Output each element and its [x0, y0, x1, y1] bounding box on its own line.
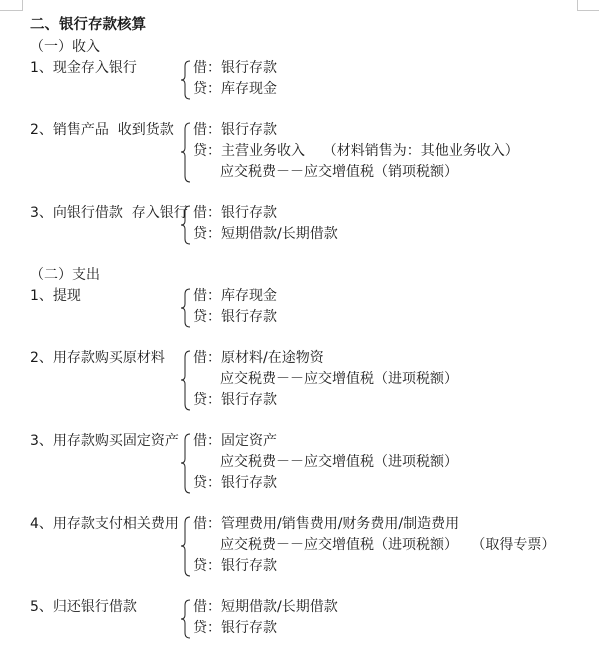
debit-entry: 借：管理费用/销售费用/财务费用/制造费用 — [193, 514, 459, 535]
debit-entry-continued: 应交税费－－应交增值税（进项税额） — [220, 369, 458, 390]
brace-icon — [180, 350, 192, 411]
debit-entry: 借：原材料/在途物资 — [193, 348, 324, 369]
item-label: 3、向银行借款 存入银行 — [30, 203, 188, 224]
credit-entry: 贷：主营业务收入 （材料销售为：其他业务收入） — [193, 141, 519, 162]
credit-entry-continued: 应交税费－－应交增值税（销项税额） — [220, 162, 458, 183]
credit-entry: 贷：银行存款 — [193, 307, 277, 328]
credit-entry: 贷：库存现金 — [193, 79, 277, 100]
brace-icon — [180, 433, 192, 494]
debit-entry-continued: 应交税费－－应交增值税（进项税额） — [220, 452, 458, 473]
item-label: 2、用存款购买原材料 — [30, 348, 165, 369]
brace-icon — [180, 60, 192, 100]
credit-entry: 贷：银行存款 — [193, 390, 277, 411]
debit-entry: 借：短期借款/长期借款 — [193, 597, 338, 618]
debit-entry-continued: 应交税费－－应交增值税（进项税额） （取得专票） — [220, 535, 555, 556]
brace-icon — [180, 599, 192, 639]
item-label: 3、用存款购买固定资产 — [30, 431, 179, 452]
brace-icon — [180, 288, 192, 328]
item-label: 2、销售产品 收到货款 — [30, 120, 174, 141]
item-label: 5、归还银行借款 — [30, 597, 137, 618]
debit-entry: 借：银行存款 — [193, 58, 277, 79]
item-label: 4、用存款支付相关费用 — [30, 514, 179, 535]
credit-entry: 贷：银行存款 — [193, 618, 277, 639]
page-title: 二、银行存款核算 — [30, 15, 146, 36]
debit-entry: 借：银行存款 — [193, 203, 277, 224]
brace-icon — [180, 516, 192, 577]
debit-entry: 借：银行存款 — [193, 120, 277, 141]
item-label: 1、现金存入银行 — [30, 58, 137, 79]
brace-icon — [180, 122, 192, 183]
credit-entry: 贷：短期借款/长期借款 — [193, 224, 338, 245]
page-corner-mark-left — [0, 0, 23, 11]
page-corner-mark-right — [577, 0, 599, 11]
section-heading-income: （一）收入 — [30, 37, 100, 58]
credit-entry: 贷：银行存款 — [193, 556, 277, 577]
debit-entry: 借：固定资产 — [193, 431, 277, 452]
brace-icon — [180, 205, 192, 245]
section-heading-expense: （二）支出 — [30, 265, 100, 286]
debit-entry: 借：库存现金 — [193, 286, 277, 307]
item-label: 1、提现 — [30, 286, 81, 307]
credit-entry: 贷：银行存款 — [193, 473, 277, 494]
